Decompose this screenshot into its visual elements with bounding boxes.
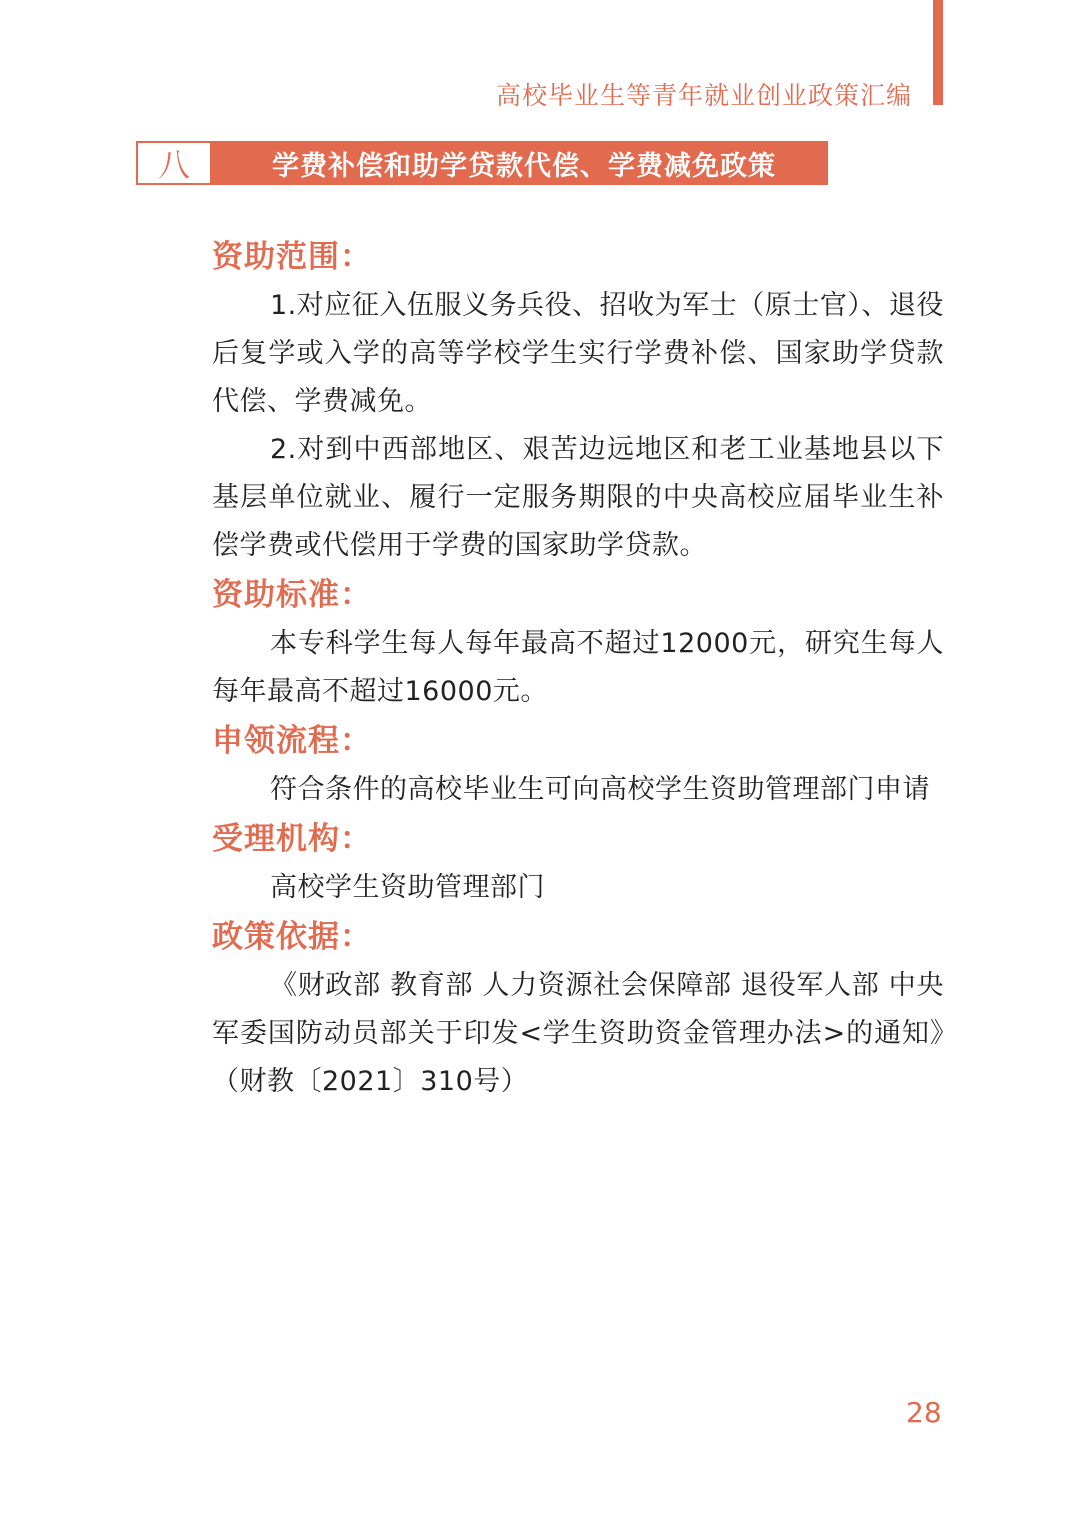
section-number: 八 bbox=[136, 141, 212, 185]
block-process: 申领流程： 符合条件的高校毕业生可向高校学生资助管理部门申请 bbox=[212, 716, 944, 814]
page-number: 28 bbox=[906, 1396, 942, 1429]
paragraph: 高校学生资助管理部门 bbox=[212, 864, 944, 912]
paragraph: 符合条件的高校毕业生可向高校学生资助管理部门申请 bbox=[212, 766, 944, 814]
heading-standard: 资助标准： bbox=[212, 570, 944, 620]
heading-agency: 受理机构： bbox=[212, 814, 944, 864]
paragraph: 本专科学生每人每年最高不超过12000元，研究生每人每年最高不超过16000元。 bbox=[212, 620, 944, 716]
block-agency: 受理机构： 高校学生资助管理部门 bbox=[212, 814, 944, 912]
block-basis: 政策依据： 《财政部 教育部 人力资源社会保障部 退役军人部 中央军委国防动员部… bbox=[212, 912, 944, 1106]
section-banner: 八 学费补偿和助学贷款代偿、学费减免政策 bbox=[136, 141, 828, 185]
block-standard: 资助标准： 本专科学生每人每年最高不超过12000元，研究生每人每年最高不超过1… bbox=[212, 570, 944, 716]
heading-process: 申领流程： bbox=[212, 716, 944, 766]
paragraph: 2.对到中西部地区、艰苦边远地区和老工业基地县以下基层单位就业、履行一定服务期限… bbox=[212, 426, 944, 570]
paragraph: 《财政部 教育部 人力资源社会保障部 退役军人部 中央军委国防动员部关于印发<学… bbox=[212, 962, 944, 1106]
heading-basis: 政策依据： bbox=[212, 912, 944, 962]
decorative-side-bar bbox=[933, 0, 943, 105]
section-title: 学费补偿和助学贷款代偿、学费减免政策 bbox=[212, 141, 828, 185]
running-header: 高校毕业生等青年就业创业政策汇编 bbox=[496, 76, 912, 112]
block-scope: 资助范围： 1.对应征入伍服义务兵役、招收为军士（原士官）、退役后复学或入学的高… bbox=[212, 232, 944, 570]
page-content: 资助范围： 1.对应征入伍服义务兵役、招收为军士（原士官）、退役后复学或入学的高… bbox=[212, 232, 944, 1106]
heading-scope: 资助范围： bbox=[212, 232, 944, 282]
paragraph: 1.对应征入伍服义务兵役、招收为军士（原士官）、退役后复学或入学的高等学校学生实… bbox=[212, 282, 944, 426]
